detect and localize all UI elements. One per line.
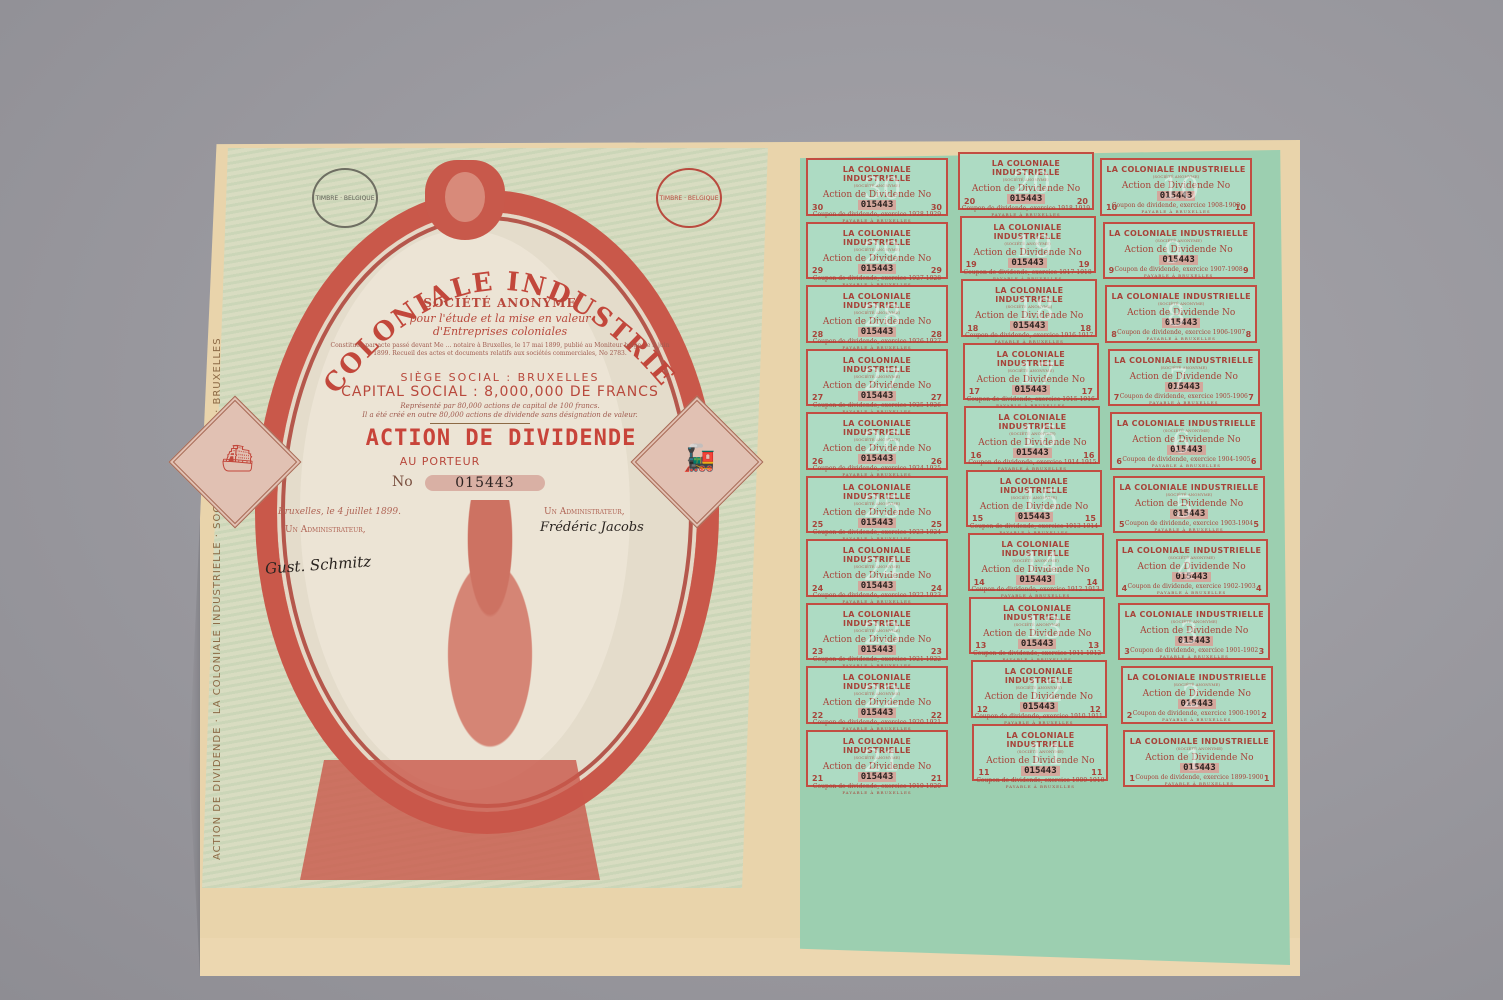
coupon-index-left: 18: [967, 324, 978, 333]
seal-right-text: TIMBRE · BELGIQUE: [660, 195, 719, 202]
coupon-index-right: 3: [1259, 647, 1265, 656]
coupon-index-right: 24: [931, 584, 942, 593]
coupon-watermark-number: 4: [1177, 553, 1196, 588]
coupon-watermark-number: 20: [1013, 166, 1051, 201]
coupon-index-right: 10: [1235, 203, 1246, 212]
coupon-index-left: 24: [812, 584, 823, 593]
coupon-index-right: 6: [1251, 457, 1257, 466]
coupon-index-left: 10: [1106, 203, 1117, 212]
coupon-index-right: 16: [1083, 451, 1094, 460]
coupon-watermark-number: 5: [1174, 490, 1193, 525]
steamship-icon: ⛴: [221, 444, 254, 474]
coupon-index-right: 2: [1261, 711, 1267, 720]
dividend-coupon: 6LA COLONIALE INDUSTRIELLE(SOCIÉTÉ ANONY…: [1110, 412, 1262, 470]
represented-by-note: Représenté par 80,000 actions de capital…: [330, 402, 670, 410]
dividend-coupon: 5LA COLONIALE INDUSTRIELLE(SOCIÉTÉ ANONY…: [1113, 476, 1265, 534]
dividend-coupon: 23LA COLONIALE INDUSTRIELLE(SOCIÉTÉ ANON…: [806, 603, 948, 661]
coupon-watermark-number: 14: [1022, 547, 1060, 582]
coupon-payable: PAYABLE À BRUXELLES: [1120, 654, 1268, 659]
coupon-index-left: 7: [1114, 393, 1120, 402]
coupon-watermark-number: 7: [1169, 363, 1188, 398]
coupon-watermark-number: 1: [1185, 744, 1204, 779]
coupon-index-left: 17: [969, 387, 980, 396]
coupon-payable: PAYABLE À BRUXELLES: [974, 784, 1106, 789]
dividend-coupon: 8LA COLONIALE INDUSTRIELLE(SOCIÉTÉ ANONY…: [1105, 285, 1257, 343]
coupon-exercise: Coupon de dividende, exercice 1919-1920: [808, 783, 946, 790]
legal-notice: Constituée par acte passé devant Me … no…: [330, 342, 670, 358]
coupon-watermark-number: 13: [1024, 611, 1062, 646]
capital-social: CAPITAL SOCIAL : 8,000,000 DE FRANCS: [330, 384, 670, 400]
coupon-payable: PAYABLE À BRUXELLES: [1125, 781, 1273, 786]
coupon-exercise: Coupon de dividende, exercice 1916-1917: [963, 332, 1095, 339]
dividend-coupon: 24LA COLONIALE INDUSTRIELLE(SOCIÉTÉ ANON…: [806, 539, 948, 597]
coupon-exercise: Coupon de dividende, exercice 1925-1926: [808, 402, 946, 409]
coupon-exercise: Coupon de dividende, exercice 1920-1921: [808, 719, 946, 726]
coupon-watermark-number: 28: [863, 299, 901, 334]
company-type: SOCIÉTÉ ANONYME: [330, 296, 670, 310]
coupon-watermark-number: 6: [1172, 426, 1191, 461]
coupon-index-left: 19: [966, 260, 977, 269]
coupon-index-right: 29: [931, 266, 942, 275]
coupon-watermark-number: 24: [863, 553, 901, 588]
dividend-coupon: 28LA COLONIALE INDUSTRIELLE(SOCIÉTÉ ANON…: [806, 285, 948, 343]
dividend-coupon: 10LA COLONIALE INDUSTRIELLE(SOCIÉTÉ ANON…: [1100, 158, 1252, 216]
coupon-exercise: Coupon de dividende, exercice 1914-1915: [966, 459, 1098, 466]
coupon-watermark-number: 11: [1027, 738, 1065, 773]
coupon-watermark-number: 19: [1014, 230, 1052, 265]
coupon-index-left: 15: [972, 514, 983, 523]
signature-right: Frédéric Jacobs: [540, 520, 644, 535]
issue-date: Bruxelles, le 4 juillet 1899.: [278, 507, 401, 517]
coupon-index-right: 30: [931, 203, 942, 212]
coupon-index-right: 26: [931, 457, 942, 466]
coupon-exercise: Coupon de dividende, exercice 1921-1922: [808, 656, 946, 663]
coupon-index-right: 18: [1080, 324, 1091, 333]
dividend-coupon: 1LA COLONIALE INDUSTRIELLE(SOCIÉTÉ ANONY…: [1123, 730, 1275, 788]
dividend-coupon: 11LA COLONIALE INDUSTRIELLE(SOCIÉTÉ ANON…: [972, 724, 1108, 782]
coupon-index-left: 5: [1119, 520, 1125, 529]
coupon-index-right: 23: [931, 647, 942, 656]
dividend-coupon: 25LA COLONIALE INDUSTRIELLE(SOCIÉTÉ ANON…: [806, 476, 948, 534]
coupon-payable: PAYABLE À BRUXELLES: [1105, 273, 1253, 278]
coupon-watermark-number: 15: [1021, 484, 1059, 519]
coupon-index-right: 5: [1253, 520, 1259, 529]
coupon-index-left: 26: [812, 457, 823, 466]
divider-rule: [430, 423, 530, 424]
coupon-exercise: Coupon de dividende, exercice 1922-1923: [808, 592, 946, 599]
dividend-coupon: 21LA COLONIALE INDUSTRIELLE(SOCIÉTÉ ANON…: [806, 730, 948, 788]
coupon-payable: PAYABLE À BRUXELLES: [808, 790, 946, 795]
coupon-watermark-number: 29: [863, 236, 901, 271]
coupon-exercise: Coupon de dividende, exercice 1911-1912: [971, 650, 1103, 657]
coupon-payable: PAYABLE À BRUXELLES: [1110, 400, 1258, 405]
dividend-coupon: 2LA COLONIALE INDUSTRIELLE(SOCIÉTÉ ANONY…: [1121, 666, 1273, 724]
coupon-watermark-number: 22: [863, 680, 901, 715]
coupon-exercise: Coupon de dividende, exercice 1917-1918: [962, 269, 1094, 276]
coupon-watermark-number: 27: [863, 363, 901, 398]
coupon-payable: PAYABLE À BRUXELLES: [1102, 209, 1250, 214]
coupon-watermark-number: 18: [1016, 293, 1054, 328]
coupon-payable: PAYABLE À BRUXELLES: [1115, 527, 1263, 532]
coupon-index-left: 8: [1111, 330, 1117, 339]
pedestal-with-crest: [300, 760, 600, 880]
seal-left-text: TIMBRE · BELGIQUE: [316, 195, 375, 202]
coupon-index-right: 15: [1085, 514, 1096, 523]
coupon-watermark-number: 8: [1166, 299, 1185, 334]
bearer-label: AU PORTEUR: [380, 455, 500, 468]
coupon-payable: PAYABLE À BRUXELLES: [1112, 463, 1260, 468]
coupon-index-left: 22: [812, 711, 823, 720]
coupon-exercise: Coupon de dividende, exercice 1923-1924: [808, 529, 946, 536]
coupon-exercise: Coupon de dividende, exercice 1927-1928: [808, 275, 946, 282]
siege-social: SIÈGE SOCIAL : BRUXELLES: [330, 371, 670, 384]
coupon-exercise: Coupon de dividende, exercice 1910-1911: [973, 713, 1105, 720]
dividend-shares-note: Il a été créé en outre 80,000 actions de…: [330, 411, 670, 419]
certificate-number: 015443: [425, 475, 545, 491]
dividend-coupon: 3LA COLONIALE INDUSTRIELLE(SOCIÉTÉ ANONY…: [1118, 603, 1270, 661]
coupon-watermark-number: 23: [863, 617, 901, 652]
coupon-index-left: 20: [964, 197, 975, 206]
coupon-index-left: 29: [812, 266, 823, 275]
coupon-exercise: Coupon de dividende, exercice 1928-1929: [808, 211, 946, 218]
dividend-coupon: 18LA COLONIALE INDUSTRIELLE(SOCIÉTÉ ANON…: [961, 279, 1097, 337]
coupon-exercise: Coupon de dividende, exercice 1912-1913: [970, 586, 1102, 593]
dividend-coupon: 26LA COLONIALE INDUSTRIELLE(SOCIÉTÉ ANON…: [806, 412, 948, 470]
coupon-watermark-number: 2: [1182, 680, 1201, 715]
admin-left-label: Un Administrateur,: [285, 525, 366, 535]
coupon-index-left: 11: [978, 768, 989, 777]
coupon-index-right: 13: [1088, 641, 1099, 650]
dividend-coupon: 30LA COLONIALE INDUSTRIELLE(SOCIÉTÉ ANON…: [806, 158, 948, 216]
coupon-index-left: 25: [812, 520, 823, 529]
coupon-index-right: 8: [1246, 330, 1252, 339]
coupon-index-right: 9: [1243, 266, 1249, 275]
coupon-exercise: Coupon de dividende, exercice 1924-1925: [808, 465, 946, 472]
coupon-watermark-number: 30: [863, 172, 901, 207]
dividend-coupon: 13LA COLONIALE INDUSTRIELLE(SOCIÉTÉ ANON…: [969, 597, 1105, 655]
coupon-payable: PAYABLE À BRUXELLES: [1107, 336, 1255, 341]
tax-stamp-seal-right: TIMBRE · BELGIQUE: [656, 168, 722, 228]
winged-head-ornament-icon: [425, 160, 505, 240]
coupon-index-left: 12: [977, 705, 988, 714]
coupon-exercise: Coupon de dividende, exercice 1913-1914: [968, 523, 1100, 530]
coupon-index-right: 1: [1264, 774, 1270, 783]
coupon-index-left: 23: [812, 647, 823, 656]
coupon-index-right: 19: [1078, 260, 1089, 269]
coupon-index-left: 27: [812, 393, 823, 402]
coupon-index-right: 12: [1090, 705, 1101, 714]
coupon-index-left: 21: [812, 774, 823, 783]
purpose-line-2: d'Entreprises coloniales: [330, 325, 670, 338]
coupon-index-right: 20: [1077, 197, 1088, 206]
coupon-index-left: 3: [1124, 647, 1130, 656]
allegorical-woman-figure: [420, 500, 560, 780]
coupon-index-right: 4: [1256, 584, 1262, 593]
dividend-coupon: 29LA COLONIALE INDUSTRIELLE(SOCIÉTÉ ANON…: [806, 222, 948, 280]
coupon-index-right: 14: [1086, 578, 1097, 587]
dividend-coupon: 17LA COLONIALE INDUSTRIELLE(SOCIÉTÉ ANON…: [963, 343, 1099, 401]
coupon-index-right: 27: [931, 393, 942, 402]
coupon-watermark-number: 25: [863, 490, 901, 525]
coupon-index-left: 2: [1127, 711, 1133, 720]
coupon-index-left: 4: [1122, 584, 1128, 593]
dividend-coupon: 14LA COLONIALE INDUSTRIELLE(SOCIÉTÉ ANON…: [968, 533, 1104, 591]
coupon-index-right: 22: [931, 711, 942, 720]
coupon-index-left: 14: [974, 578, 985, 587]
coupon-watermark-number: 17: [1018, 357, 1056, 392]
coupon-payable: PAYABLE À BRUXELLES: [1123, 717, 1271, 722]
coupon-payable: PAYABLE À BRUXELLES: [1118, 590, 1266, 595]
admin-right-label: Un Administrateur,: [544, 507, 625, 517]
tax-stamp-seal-left: TIMBRE · BELGIQUE: [312, 168, 378, 228]
coupon-watermark-number: 3: [1179, 617, 1198, 652]
purpose-line-1: pour l'étude et la mise en valeur: [330, 312, 670, 325]
coupon-exercise: Coupon de dividende, exercice 1909-1910: [974, 777, 1106, 784]
coupon-index-right: 17: [1082, 387, 1093, 396]
dividend-coupon: 4LA COLONIALE INDUSTRIELLE(SOCIÉTÉ ANONY…: [1116, 539, 1268, 597]
coupon-exercise: Coupon de dividende, exercice 1915-1916: [965, 396, 1097, 403]
coupon-watermark-number: 21: [863, 744, 901, 779]
dividend-coupon: 7LA COLONIALE INDUSTRIELLE(SOCIÉTÉ ANONY…: [1108, 349, 1260, 407]
dividend-coupon: 27LA COLONIALE INDUSTRIELLE(SOCIÉTÉ ANON…: [806, 349, 948, 407]
coupon-watermark-number: 26: [863, 426, 901, 461]
share-type-heading: ACTION DE DIVIDENDE: [326, 426, 676, 451]
coupon-index-right: 28: [931, 330, 942, 339]
coupon-index-left: 28: [812, 330, 823, 339]
coupon-watermark-number: 12: [1026, 674, 1064, 709]
coupon-index-left: 13: [975, 641, 986, 650]
number-label: No: [392, 474, 413, 490]
dividend-coupon: 19LA COLONIALE INDUSTRIELLE(SOCIÉTÉ ANON…: [960, 216, 1096, 274]
dividend-coupon: 12LA COLONIALE INDUSTRIELLE(SOCIÉTÉ ANON…: [971, 660, 1107, 718]
coupon-index-right: 21: [931, 774, 942, 783]
coupon-watermark-number: 10: [1161, 172, 1199, 207]
dividend-coupon: 22LA COLONIALE INDUSTRIELLE(SOCIÉTÉ ANON…: [806, 666, 948, 724]
coupon-index-left: 1: [1129, 774, 1135, 783]
coupon-watermark-number: 16: [1019, 420, 1057, 455]
coupon-index-right: 7: [1248, 393, 1254, 402]
dividend-coupon: 16LA COLONIALE INDUSTRIELLE(SOCIÉTÉ ANON…: [964, 406, 1100, 464]
coupon-index-left: 9: [1109, 266, 1115, 275]
dividend-coupon: 20LA COLONIALE INDUSTRIELLE(SOCIÉTÉ ANON…: [958, 152, 1094, 210]
coupon-exercise: Coupon de dividende, exercice 1926-1927: [808, 338, 946, 345]
dividend-coupon: 15LA COLONIALE INDUSTRIELLE(SOCIÉTÉ ANON…: [966, 470, 1102, 528]
coupon-watermark-number: 9: [1164, 236, 1183, 271]
dividend-coupon: 9LA COLONIALE INDUSTRIELLE(SOCIÉTÉ ANONY…: [1103, 222, 1255, 280]
coupon-exercise: Coupon de dividende, exercice 1918-1919: [960, 205, 1092, 212]
locomotive-icon: 🚂: [683, 444, 715, 474]
coupon-index-left: 30: [812, 203, 823, 212]
coupon-index-left: 16: [970, 451, 981, 460]
coupon-index-right: 11: [1091, 768, 1102, 777]
coupon-index-right: 25: [931, 520, 942, 529]
coupon-index-left: 6: [1116, 457, 1122, 466]
